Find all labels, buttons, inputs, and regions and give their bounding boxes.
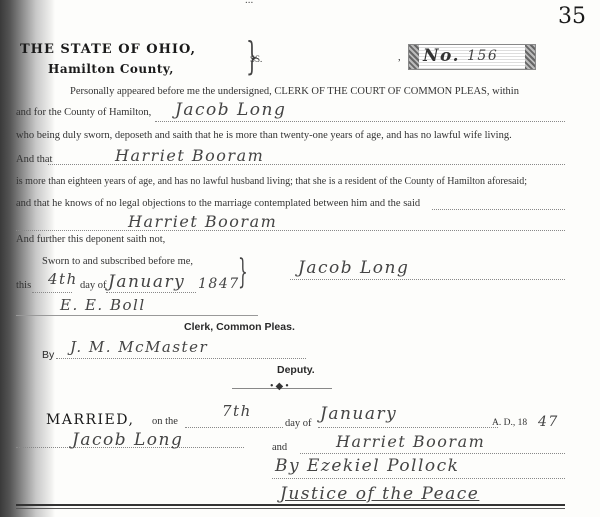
section-divider: •◆• xyxy=(232,388,332,389)
deponent-signature-line xyxy=(290,279,565,280)
bride-repeat-line xyxy=(16,230,565,231)
ad-label: A. D., 18 xyxy=(492,418,527,428)
record-number-box: No. 156 xyxy=(408,44,536,70)
by-label: By xyxy=(42,349,54,361)
day-of-label: day of xyxy=(80,280,107,291)
and-label: and xyxy=(272,442,287,453)
this-label: this xyxy=(16,280,31,291)
groom-oath-text: who being duly sworn, deposeth and saith… xyxy=(16,130,512,141)
officiant-line xyxy=(272,478,565,479)
sworn-text: Sworn to and subscribed before me, xyxy=(42,256,193,267)
closing-double-rule xyxy=(16,504,565,506)
month-line xyxy=(106,292,196,293)
comma-mark: , xyxy=(398,52,401,63)
married-groom: Jacob Long xyxy=(72,430,183,450)
groom-name: Jacob Long xyxy=(175,100,286,120)
page-number: 35 xyxy=(558,4,586,29)
married-heading: MARRIED, xyxy=(46,412,134,428)
marriage-day-line xyxy=(185,427,283,428)
deputy-signature-line xyxy=(56,358,306,359)
officiant-title: Justice of the Peace xyxy=(280,484,479,504)
clerk-signature-line xyxy=(16,315,258,316)
sworn-brace: } xyxy=(238,252,248,292)
closing-rule-inner xyxy=(16,508,565,509)
sworn-month: January xyxy=(108,272,185,292)
and-that-label: And that xyxy=(16,154,52,165)
county-heading: Hamilton County, xyxy=(48,62,174,76)
day-line xyxy=(32,292,72,293)
said-line xyxy=(432,209,565,210)
bride-oath-text: is more than eighteen years of age, and … xyxy=(16,176,527,187)
deponent-closing: And further this deponent saith not, xyxy=(16,234,165,245)
deputy-signature: J. M. McMaster xyxy=(70,338,208,356)
clerk-signature: E. E. Boll xyxy=(60,296,146,314)
box-ornament-right xyxy=(525,45,535,69)
marriage-month-line xyxy=(318,427,498,428)
box-ornament-left xyxy=(409,45,419,69)
intro-text: Personally appeared before me the unders… xyxy=(70,86,519,97)
bride-name-repeat: Harriet Booram xyxy=(128,212,277,231)
deputy-title: Deputy. xyxy=(277,364,315,376)
sworn-year: 1847 xyxy=(198,276,240,292)
county-line-prefix: and for the County of Hamilton, xyxy=(16,107,151,118)
marriage-month: January xyxy=(320,404,397,424)
married-bride: Harriet Booram xyxy=(336,432,485,451)
objections-text: and that he knows of no legal objections… xyxy=(16,198,420,209)
number-label: No. xyxy=(423,46,460,66)
ss-label: SS. xyxy=(250,54,262,64)
record-number: 156 xyxy=(467,48,498,64)
marriage-year: 47 xyxy=(538,414,559,430)
clerk-title: Clerk, Common Pleas. xyxy=(184,321,295,333)
top-cut-text: ... xyxy=(245,0,253,6)
deponent-signature: Jacob Long xyxy=(298,258,409,278)
bride-name: Harriet Booram xyxy=(115,146,264,165)
officiant-signature: By Ezekiel Pollock xyxy=(275,456,459,476)
sworn-day: 4th xyxy=(48,270,78,288)
state-heading: THE STATE OF OHIO, xyxy=(20,42,196,57)
groom-name-line xyxy=(155,121,565,122)
marriage-day: 7th xyxy=(222,402,252,420)
on-the-label: on the xyxy=(152,416,178,427)
marriage-day-of-label: day of xyxy=(285,418,312,429)
bride-line xyxy=(300,453,565,454)
